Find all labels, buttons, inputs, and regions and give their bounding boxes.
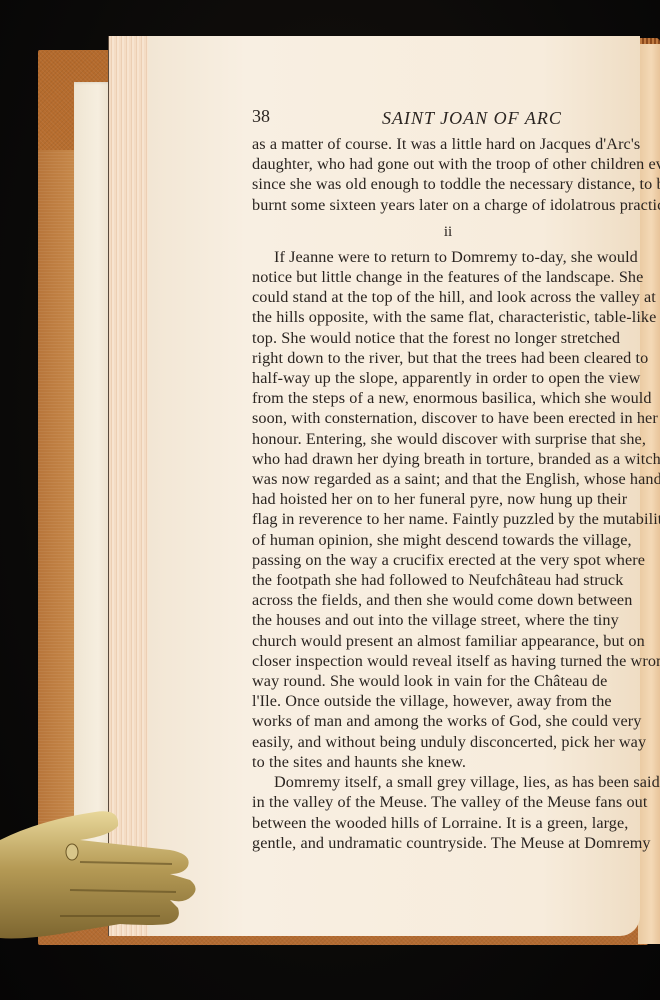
- text-line: was now regarded as a saint; and that th…: [252, 469, 644, 489]
- running-head-title: SAINT JOAN OF ARC: [382, 108, 562, 129]
- text-line: across the fields, and then she would co…: [252, 590, 644, 610]
- text-line: to the sites and haunts she knew.: [252, 752, 644, 772]
- text-line: the footpath she had followed to Neufchâ…: [252, 570, 644, 590]
- page-text: 38 SAINT JOAN OF ARC as a matter of cour…: [252, 106, 644, 853]
- text-line: flag in reverence to her name. Faintly p…: [252, 509, 644, 529]
- text-line: right down to the river, but that the tr…: [252, 348, 644, 368]
- text-line: of human opinion, she might descend towa…: [252, 530, 644, 550]
- text-line: gentle, and undramatic countryside. The …: [252, 833, 644, 853]
- text-line: l'Ile. Once outside the village, however…: [252, 691, 644, 711]
- text-line: church would present an almost familiar …: [252, 631, 644, 651]
- text-line: from the steps of a new, enormous basili…: [252, 388, 644, 408]
- text-line: who had drawn her dying breath in tortur…: [252, 449, 644, 469]
- text-line: top. She would notice that the forest no…: [252, 328, 644, 348]
- paragraph-section-ii-2: Domremy itself, a small grey village, li…: [252, 772, 644, 853]
- text-line: had hoisted her on to her funeral pyre, …: [252, 489, 644, 509]
- text-line: works of man and among the works of God,…: [252, 711, 644, 731]
- running-head: 38 SAINT JOAN OF ARC: [252, 106, 644, 134]
- text-line: the houses and out into the village stre…: [252, 610, 644, 630]
- text-line: honour. Entering, she would discover wit…: [252, 429, 644, 449]
- text-line: Domremy itself, a small grey village, li…: [252, 772, 644, 792]
- paragraph-continuation: as a matter of course. It was a little h…: [252, 134, 644, 215]
- text-line: easily, and without being unduly disconc…: [252, 732, 644, 752]
- text-line: notice but little change in the features…: [252, 267, 644, 287]
- brass-hand-icon: [0, 800, 210, 940]
- text-line: since she was old enough to toddle the n…: [252, 174, 644, 194]
- text-line: the hills opposite, with the same flat, …: [252, 307, 644, 327]
- text-line: passing on the way a crucifix erected at…: [252, 550, 644, 570]
- text-line: closer inspection would reveal itself as…: [252, 651, 644, 671]
- text-line: could stand at the top of the hill, and …: [252, 287, 644, 307]
- page-number: 38: [252, 106, 270, 127]
- text-line: way round. She would look in vain for th…: [252, 671, 644, 691]
- paragraph-section-ii-1: If Jeanne were to return to Domremy to-d…: [252, 247, 644, 772]
- text-line: soon, with consternation, discover to ha…: [252, 408, 644, 428]
- text-line: in the valley of the Meuse. The valley o…: [252, 792, 644, 812]
- text-line: If Jeanne were to return to Domremy to-d…: [252, 247, 644, 267]
- text-line: between the wooded hills of Lorraine. It…: [252, 813, 644, 833]
- text-line: half-way up the slope, apparently in ord…: [252, 368, 644, 388]
- text-line: burnt some sixteen years later on a char…: [252, 195, 644, 215]
- text-line: daughter, who had gone out with the troo…: [252, 154, 644, 174]
- section-number: ii: [252, 224, 644, 241]
- text-line: as a matter of course. It was a little h…: [252, 134, 644, 154]
